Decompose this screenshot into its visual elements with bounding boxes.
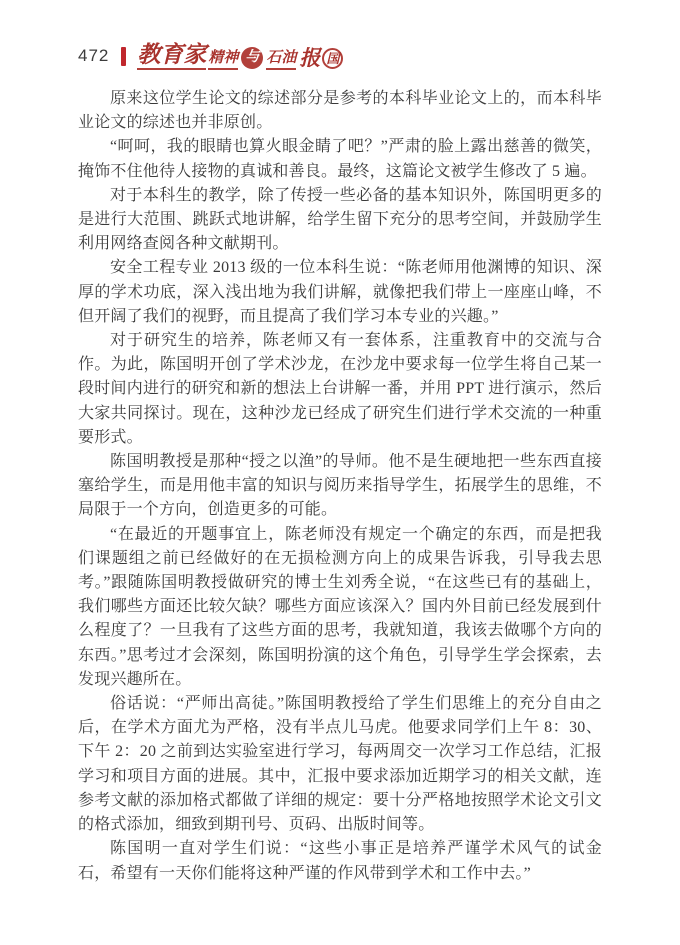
- paragraph: 对于本科生的教学，除了传授一些必备的基本知识外，陈国明更多的是进行大范围、跳跃式…: [78, 184, 602, 257]
- logo-text-jingshen: 精神: [208, 51, 238, 70]
- book-page: 472 教育家 精神 与 石油 报 国 原来这位学生论文的综述部分是参考的本科毕…: [0, 0, 680, 945]
- paragraph: “呵呵，我的眼睛也算火眼金睛了吧？”严肃的脸上露出慈善的微笑，掩饰不住他待人接物…: [78, 135, 602, 183]
- paragraph: 陈国明教授是那种“授之以渔”的导师。他不是生硬地把一些东西直接塞给学生，而是用他…: [78, 450, 602, 523]
- logo-text-shiyou: 石油: [266, 51, 296, 70]
- paragraph: 原来这位学生论文的综述部分是参考的本科毕业论文上的，而本科毕业论文的综述也并非原…: [78, 87, 602, 135]
- paragraph: 对于研究生的培养，陈老师又有一套体系，注重教育中的交流与合作。为此，陈国明开创了…: [78, 329, 602, 450]
- paragraph: 安全工程专业 2013 级的一位本科生说：“陈老师用他渊博的知识、深厚的学术功底…: [78, 256, 602, 329]
- paragraph: 陈国明一直对学生们说：“这些小事正是培养严谨学术风气的试金石，希望有一天你们能将…: [78, 837, 602, 885]
- paragraph: “在最近的开题事宜上，陈老师没有规定一个确定的东西，而是把我们课题组之前已经做好…: [78, 523, 602, 692]
- logo-text-jiaoyujia: 教育家: [137, 43, 206, 70]
- logo-yu-seal-icon: 与: [241, 47, 263, 69]
- page-number: 472: [78, 46, 109, 66]
- body-text: 原来这位学生论文的综述部分是参考的本科毕业论文上的，而本科毕业论文的综述也并非原…: [78, 87, 602, 886]
- logo-guo-seal-icon: 国: [322, 48, 343, 69]
- logo-text-bao: 报: [299, 48, 320, 70]
- book-title-logo: 教育家 精神 与 石油 报 国: [137, 43, 343, 70]
- header-divider-bar: [121, 47, 126, 66]
- paragraph: 俗话说：“严师出高徒。”陈国明教授给了学生们思维上的充分自由之后，在学术方面尤为…: [78, 692, 602, 837]
- page-header: 472 教育家 精神 与 石油 报 国: [78, 36, 343, 76]
